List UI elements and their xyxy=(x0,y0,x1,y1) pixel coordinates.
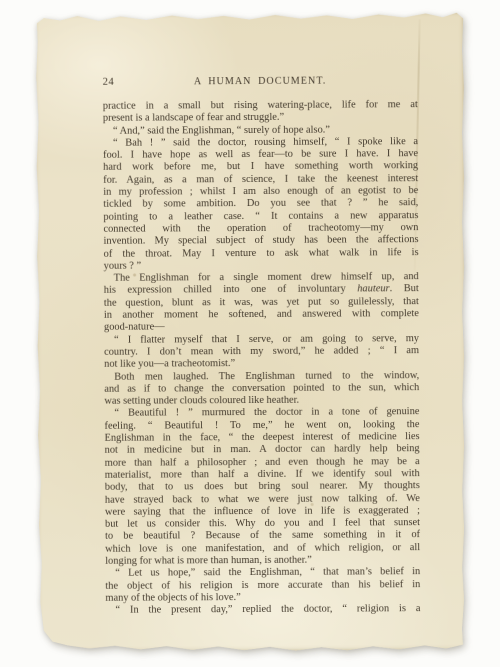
text-line: “ In the present day,” replied the docto… xyxy=(105,603,420,617)
text-line: in another moment he softened, and answe… xyxy=(104,308,419,322)
text-line: of the throat. May I venture to ask what… xyxy=(104,247,419,261)
paper-surface: 24 A HUMAN DOCUMENT. practice in a small… xyxy=(34,11,467,653)
text-line: the object of his religion is more accur… xyxy=(105,579,420,593)
running-title: A HUMAN DOCUMENT. xyxy=(103,75,418,88)
book-page: 24 A HUMAN DOCUMENT. practice in a small… xyxy=(34,11,467,653)
text-line: invention. My special subject of study h… xyxy=(103,234,418,248)
text-line: country. I don’t mean with my sword,” he… xyxy=(104,345,419,359)
text-line: practice in a small but rising watering-… xyxy=(103,99,418,113)
text-line: body, that to us does but bring soul nea… xyxy=(105,480,420,494)
page-header: 24 A HUMAN DOCUMENT. xyxy=(103,75,418,91)
text-line: which love is one manifestation, and of … xyxy=(105,542,420,556)
page-number: 24 xyxy=(103,77,115,88)
text-line: “ Let us hope,” said the Englishman, “ t… xyxy=(105,566,420,580)
text-line: tickled by some ambition. Do you see tha… xyxy=(103,197,418,211)
text-line: and as if to change the conversation poi… xyxy=(104,382,419,396)
body-text: practice in a small but rising watering-… xyxy=(103,99,421,617)
scan-background: 24 A HUMAN DOCUMENT. practice in a small… xyxy=(0,0,500,667)
text-line: not in medicine but in man. A doctor can… xyxy=(105,443,420,457)
